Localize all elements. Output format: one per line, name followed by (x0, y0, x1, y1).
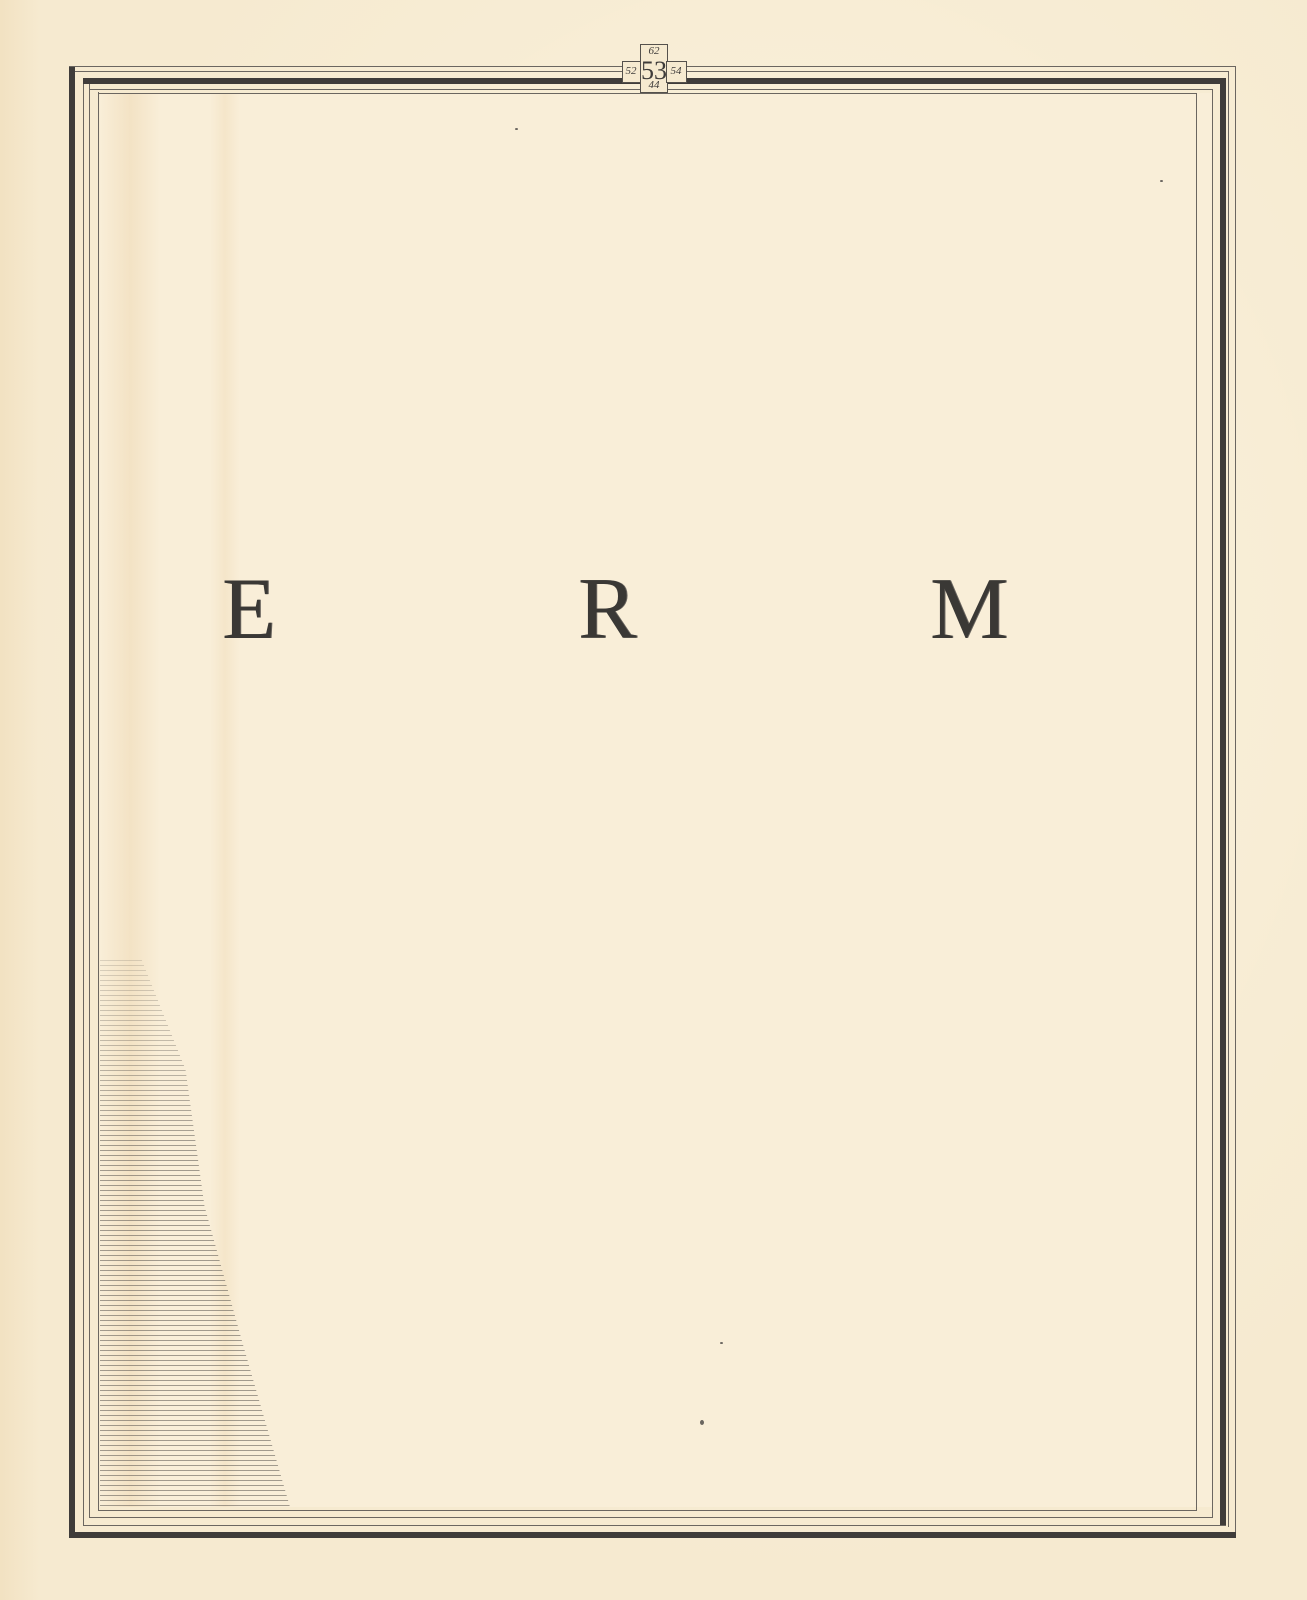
paper-speck (700, 1420, 704, 1425)
frame-right-thin-3 (1228, 71, 1229, 1527)
frame-bottom-thick (69, 1532, 1236, 1538)
frame-right-thin-1 (1196, 93, 1197, 1511)
map-sheet-area (100, 93, 1212, 1507)
sheet-east: 54 (666, 65, 686, 77)
map-letter-m: M (930, 566, 1008, 654)
frame-top-thin-4 (98, 93, 1197, 94)
frame-bottom-thin-2 (89, 1517, 1213, 1518)
frame-left-thin-2 (89, 84, 90, 1518)
paper-speck (720, 1342, 723, 1344)
frame-right-thin-4 (1235, 66, 1236, 1538)
sheet-south: 44 (641, 79, 667, 91)
frame-bottom-thin-3 (83, 1525, 1226, 1526)
map-letter-r: R (578, 566, 637, 654)
frame-bottom-thin-1 (98, 1510, 1197, 1511)
paper-speck (515, 128, 518, 130)
frame-left-thin-1 (83, 78, 84, 1526)
map-letter-e: E (222, 566, 276, 654)
paper-speck (1160, 180, 1163, 182)
frame-right-thick (1220, 78, 1226, 1526)
sheet-west: 52 (621, 65, 641, 77)
frame-left-thick (69, 66, 75, 1538)
frame-right-thin-2 (1212, 89, 1213, 1518)
frame-left-thin-3 (98, 92, 99, 1511)
